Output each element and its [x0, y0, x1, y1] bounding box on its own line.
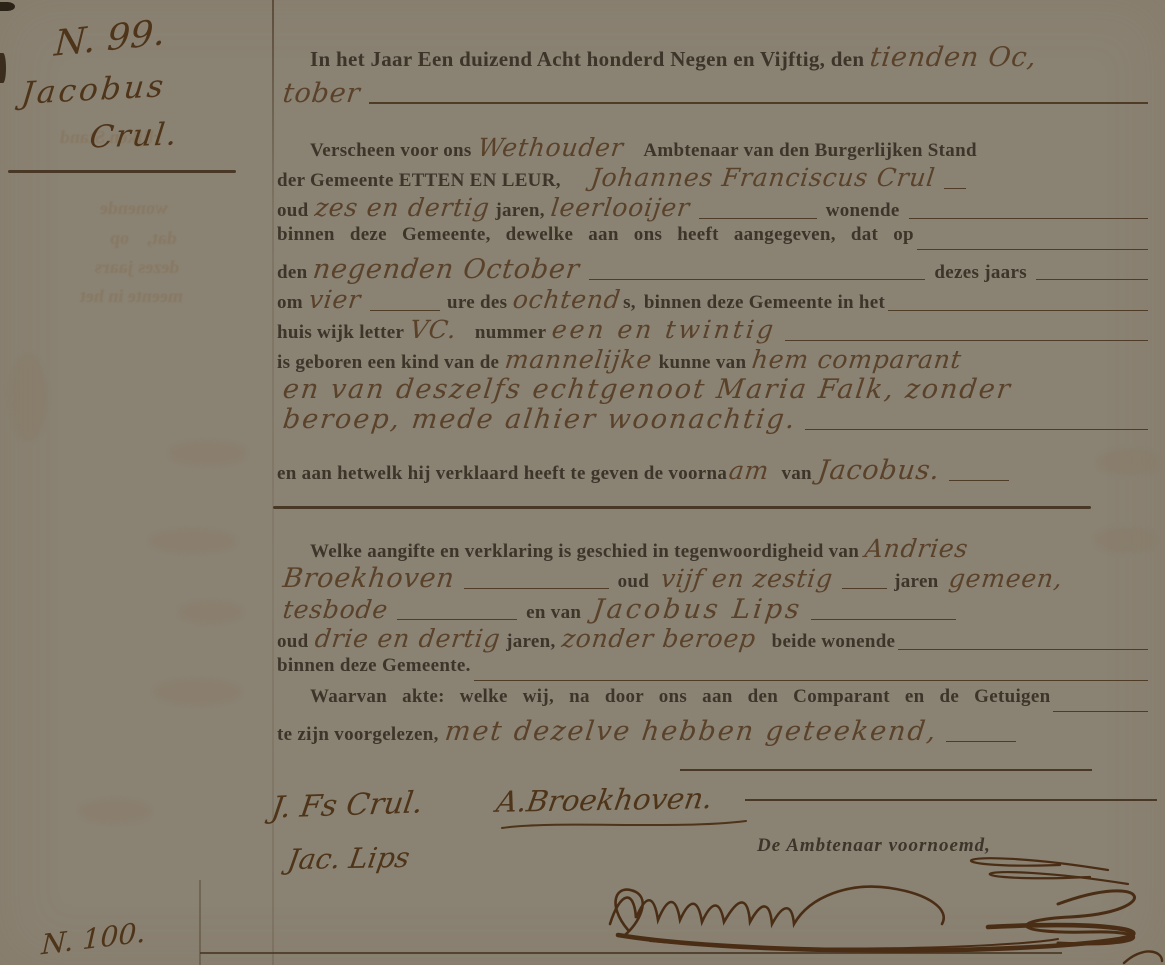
fill-rule	[909, 216, 1148, 219]
printed-text: Verscheen voor ons	[310, 140, 472, 162]
ink-smudge	[155, 680, 240, 704]
printed-text: binnen deze Gemeente.	[277, 655, 471, 677]
fill-rule	[785, 338, 1148, 341]
act-line: binnen deze Gemeente.	[277, 655, 1151, 687]
handwritten-hour: vier	[307, 285, 363, 314]
handwritten-witness2-age: drie en dertig	[313, 624, 502, 653]
act-line: Welke aangifte en verklaring is geschied…	[310, 534, 1151, 566]
handwritten-house-letter: VC.	[408, 315, 458, 344]
handwritten-mother-line: beroep, mede alhier woonachtig.	[281, 404, 798, 435]
printed-text: jaren,	[506, 631, 555, 653]
printed-text: Welke aangifte en verklaring is geschied…	[310, 541, 859, 563]
printed-text: binnen deze Gemeente, dewelke aan ons he…	[277, 224, 914, 246]
printed-text: jaren,	[495, 200, 544, 222]
printed-text: Ambtenaar van den Burgerlijken Stand	[643, 140, 976, 162]
act-line: is geboren een kind van de mannelijke ku…	[277, 345, 1151, 377]
witness1-signature-underline	[500, 817, 750, 833]
printed-text: oud	[277, 631, 309, 653]
fill-rule	[888, 308, 1148, 311]
handwritten-witness1-occupation: gemeen,	[947, 564, 1064, 593]
act-line: den negenden October dezes jaars	[277, 254, 1151, 286]
printed-text: kunne van	[659, 352, 747, 374]
fill-rule	[805, 427, 1148, 430]
fill-rule	[464, 586, 609, 589]
handwritten-witness1-age: vijf en zestig	[659, 564, 835, 593]
printed-text: van	[781, 463, 811, 485]
handwritten-gender: mannelijke	[504, 345, 655, 374]
act-line: te zijn voorgelezen, met dezelve hebben …	[277, 716, 1151, 748]
fill-rule	[1053, 709, 1148, 712]
handwritten-house-number: een en twintig	[551, 315, 779, 344]
witness2-signature: Jac. Lips	[285, 841, 412, 876]
ink-smudge	[170, 442, 245, 464]
act-line: en aan hetwelk hij verklaard heeft te ge…	[277, 455, 1151, 487]
act-line: Verscheen voor ons Wethouder Ambtenaar v…	[310, 133, 1151, 165]
signature-rule	[745, 799, 1157, 801]
section-divider	[273, 506, 1091, 509]
showthrough-text: dezes jaars	[94, 257, 181, 278]
act-line: oud zes en dertig jaren, leerlooijer won…	[277, 193, 1151, 225]
handwritten-witness2-name: Jacobus Lips	[591, 594, 804, 625]
showthrough-text: dat, op	[109, 228, 179, 249]
printed-text: beide wonende	[772, 631, 896, 653]
fill-rule	[898, 647, 1148, 650]
ink-smudge	[150, 530, 235, 552]
printed-text: wonende	[826, 200, 900, 222]
handwritten-date: tober	[281, 78, 362, 109]
showthrough-text: meente in het	[79, 286, 185, 307]
handwritten-mother-line: en van deszelfs echtgenoot Maria Falk, z…	[281, 374, 1014, 405]
act-line: Broekhoven oud vijf en zestig jaren geme…	[277, 563, 1151, 595]
fill-rule	[474, 678, 1148, 681]
ink-smudge	[12, 355, 46, 440]
ink-smudge	[180, 602, 242, 622]
handwritten-date: tienden Oc,	[868, 42, 1039, 73]
fill-rule	[369, 100, 1148, 104]
handwritten-occupation: leerlooijer	[549, 193, 691, 222]
act-line: tober	[277, 78, 1151, 110]
showthrough-text: wonende	[99, 198, 170, 219]
handwritten-text: am	[727, 456, 771, 485]
child-surname: Crul.	[88, 116, 181, 155]
handwritten-child-firstname: Jacobus.	[816, 455, 942, 486]
handwritten-closing: met dezelve hebben geteekend,	[443, 716, 939, 747]
witness1-signature: A.Broekhoven.	[494, 781, 715, 819]
act-line: tesbode en van Jacobus Lips	[277, 594, 1151, 626]
declarant-signature: J. Fs Crul.	[269, 785, 425, 825]
fill-rule	[589, 277, 925, 280]
printed-text: binnen deze Gemeente in het	[644, 292, 885, 314]
handwritten-official-title: Wethouder	[476, 133, 625, 162]
printed-text: oud	[277, 200, 309, 222]
act-line: en van deszelfs echtgenoot Maria Falk, z…	[277, 374, 1151, 406]
ink-smudge	[80, 800, 150, 822]
printed-text: jaren	[894, 571, 938, 593]
fill-rule	[842, 586, 887, 589]
next-act-number: N. 100.	[41, 916, 146, 961]
fill-rule	[944, 186, 966, 189]
act-line: beroep, mede alhier woonachtig.	[277, 404, 1151, 436]
printed-text: nummer	[475, 322, 546, 344]
printed-text: huis wijk letter	[277, 322, 404, 344]
act-line: oud drie en dertig jaren, zonder beroep …	[277, 624, 1151, 656]
handwritten-daypart: ochtend	[512, 285, 623, 314]
act-number: N. 99.	[53, 12, 166, 64]
handwritten-birthdate: negenden October	[312, 254, 582, 285]
handwritten-witness1-occupation: tesbode	[281, 595, 390, 624]
printed-text: en van	[526, 602, 581, 624]
handwritten-witness1-firstname: Andries	[863, 534, 970, 563]
fill-rule	[811, 617, 956, 620]
printed-text: den	[277, 262, 307, 284]
printed-text: Waarvan akte: welke wij, na door ons aan…	[310, 686, 1050, 708]
fill-rule	[1036, 277, 1148, 280]
printed-text: dezes jaars	[934, 262, 1026, 284]
fill-rule	[949, 478, 1009, 481]
act-line: Waarvan akte: welke wij, na door ons aan…	[310, 686, 1151, 718]
handwritten-age: zes en dertig	[313, 193, 491, 222]
fill-rule	[917, 247, 1148, 250]
fill-rule	[370, 308, 440, 311]
corner-speck	[0, 2, 15, 11]
printed-text: s,	[623, 292, 636, 314]
act-line: huis wijk letter VC. nummer een en twint…	[277, 315, 1151, 347]
register-page: rlijken Stand wonende dat, op dezes jaar…	[0, 0, 1165, 965]
printed-text: en aan hetwelk hij verklaard heeft te ge…	[277, 463, 727, 485]
fill-rule	[946, 739, 1016, 742]
margin-rule	[8, 170, 236, 173]
handwritten-witness2-occupation: zonder beroep	[560, 624, 758, 653]
printed-text: om	[277, 292, 303, 314]
act-line: der Gemeente ETTEN EN LEUR, Johannes Fra…	[277, 163, 1151, 195]
printed-text: is geboren een kind van de	[277, 352, 499, 374]
printed-text: ure des	[447, 292, 507, 314]
handwritten-declarant-name: Johannes Franciscus Crul	[589, 163, 937, 192]
act-line: binnen deze Gemeente, dewelke aan ons he…	[277, 224, 1151, 256]
printed-text: te zijn voorgelezen,	[277, 724, 439, 746]
child-first-name: Jacobus	[20, 68, 168, 111]
printed-text: der Gemeente ETTEN EN LEUR,	[277, 170, 561, 192]
signature-rule	[680, 769, 1092, 771]
act-line: In het Jaar Een duizend Acht honderd Neg…	[310, 42, 1151, 74]
fill-rule	[397, 617, 517, 620]
printed-text: In het Jaar Een duizend Acht honderd Neg…	[310, 47, 864, 72]
printed-text: oud	[618, 571, 650, 593]
handwritten-father-ref: hem comparant	[751, 345, 964, 374]
fill-rule	[699, 216, 817, 219]
act-line: om vier ure des ochtend s, binnen deze G…	[277, 285, 1151, 317]
edge-speck	[0, 53, 6, 83]
officer-signature-flourish	[588, 842, 1165, 960]
handwritten-witness1-surname: Broekhoven	[281, 563, 456, 594]
